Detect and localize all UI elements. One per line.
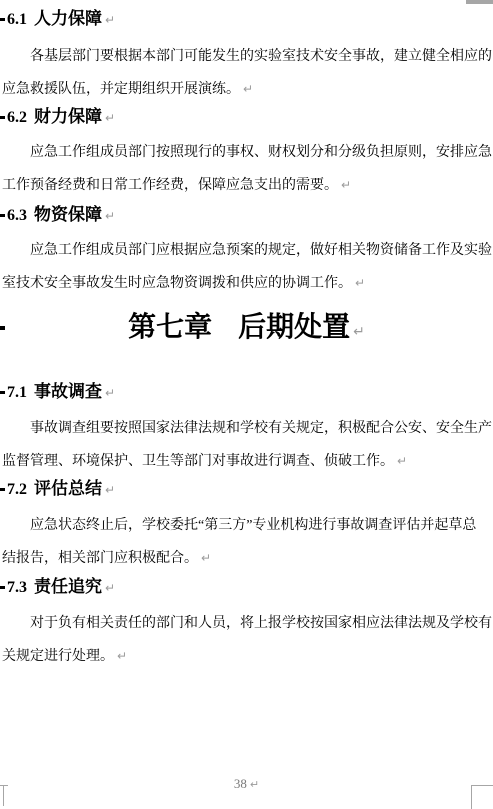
heading-7-3: 7.3责任追究↵ <box>0 577 493 597</box>
paragraph-line: 应急状态终止后，学校委托“第三方”专业机构进行事故调查评估并起草总 <box>0 509 493 542</box>
paragraph-line-text: 工作预备经费和日常工作经费，保障应急支出的需要。 <box>2 178 338 193</box>
scrollbar-fragment <box>466 0 493 4</box>
heading-title: 物资保障 <box>34 205 102 224</box>
paragraph-line: 应急工作组成员部门应根据应急预案的规定，做好相关物资储备工作及实验 <box>0 234 493 267</box>
outline-square-icon <box>0 391 5 394</box>
paragraph-7-1: 事故调查组要按照国家法律法规和学校有关规定，积极配合公安、安全生产 监督管理、环… <box>0 412 493 478</box>
paragraph-mark-icon: ↵ <box>397 454 407 468</box>
paragraph-6-1: 各基层部门要根据本部门可能发生的实验室技术安全事故，建立健全相应的 应急救援队伍… <box>0 40 493 106</box>
paragraph-7-3: 对于负有相关责任的部门和人员，将上报学校按国家相应法律法规及学校有 关规定进行处… <box>0 607 493 673</box>
paragraph-line: 应急工作组成员部门按照现行的事权、财权划分和分级负担原则，安排应急 <box>0 136 493 169</box>
heading-title: 评估总结 <box>34 479 102 498</box>
heading-title: 人力保障 <box>34 9 102 28</box>
heading-number: 6.3 <box>7 207 27 224</box>
paragraph-mark-icon: ↵ <box>201 551 211 565</box>
chapter-heading: 第七章后期处置↵ <box>0 310 493 350</box>
paragraph-line-text: 结报告，相关部门应积极配合。 <box>2 551 198 566</box>
outline-square-icon <box>0 116 5 119</box>
paragraph-line: 事故调查组要按照国家法律法规和学校有关规定，积极配合公安、安全生产 <box>0 412 493 445</box>
paragraph-line: 监督管理、环境保护、卫生等部门对事故进行调查、侦破工作。↵ <box>0 445 493 478</box>
paragraph-mark-icon: ↵ <box>250 778 259 791</box>
heading-6-3: 6.3物资保障↵ <box>0 205 493 225</box>
heading-6-1: 6.1人力保障↵ <box>0 9 493 29</box>
paragraph-6-3: 应急工作组成员部门应根据应急预案的规定，做好相关物资储备工作及实验 室技术安全事… <box>0 234 493 300</box>
outline-square-icon <box>0 18 5 21</box>
margin-corner-mark-bottom-right <box>471 785 472 809</box>
paragraph-mark-icon: ↵ <box>105 483 115 497</box>
heading-7-1: 7.1事故调查↵ <box>0 382 493 402</box>
chapter-number: 第七章 <box>128 312 212 343</box>
paragraph-line: 室技术安全事故发生时应急物资调拨和供应的协调工作。↵ <box>0 267 493 300</box>
paragraph-line: 各基层部门要根据本部门可能发生的实验室技术安全事故，建立健全相应的 <box>0 40 493 73</box>
margin-corner-mark-bottom-left <box>0 785 8 786</box>
paragraph-line: 对于负有相关责任的部门和人员，将上报学校按国家相应法律法规及学校有 <box>0 607 493 640</box>
paragraph-mark-icon: ↵ <box>105 13 115 27</box>
chapter-title: 后期处置 <box>238 312 350 343</box>
heading-title: 责任追究 <box>34 577 102 596</box>
paragraph-line-text: 应急救援队伍，并定期组织开展演练。 <box>2 82 240 97</box>
paragraph-line: 关规定进行处理。↵ <box>0 640 493 673</box>
heading-number: 7.3 <box>7 579 27 596</box>
paragraph-7-2: 应急状态终止后，学校委托“第三方”专业机构进行事故调查评估并起草总 结报告，相关… <box>0 509 493 575</box>
heading-title: 事故调查 <box>34 382 102 401</box>
paragraph-mark-icon: ↵ <box>117 649 127 663</box>
paragraph-mark-icon: ↵ <box>243 82 253 96</box>
heading-number: 7.2 <box>7 481 27 498</box>
paragraph-mark-icon: ↵ <box>105 111 115 125</box>
document-page: { "document": { "page_number": "38", "pa… <box>0 0 493 809</box>
paragraph-line-text: 关规定进行处理。 <box>2 649 114 664</box>
paragraph-line: 工作预备经费和日常工作经费，保障应急支出的需要。↵ <box>0 169 493 202</box>
heading-number: 6.1 <box>7 11 27 28</box>
paragraph-line-text: 室技术安全事故发生时应急物资调拨和供应的协调工作。 <box>2 276 352 291</box>
margin-corner-mark-bottom-left <box>3 785 4 806</box>
paragraph-mark-icon: ↵ <box>341 178 351 192</box>
heading-number: 7.1 <box>7 384 27 401</box>
paragraph-mark-icon: ↵ <box>355 276 365 290</box>
paragraph-line-text: 监督管理、环境保护、卫生等部门对事故进行调查、侦破工作。 <box>2 454 394 469</box>
heading-6-2: 6.2财力保障↵ <box>0 107 493 127</box>
paragraph-mark-icon: ↵ <box>105 581 115 595</box>
page-number-text: 38 <box>234 776 247 791</box>
heading-number: 6.2 <box>7 109 27 126</box>
margin-corner-mark-bottom-right <box>471 785 493 786</box>
paragraph-line: 结报告，相关部门应积极配合。↵ <box>0 542 493 575</box>
outline-square-icon <box>0 586 5 589</box>
heading-title: 财力保障 <box>34 107 102 126</box>
paragraph-line: 应急救援队伍，并定期组织开展演练。↵ <box>0 73 493 106</box>
heading-7-2: 7.2评估总结↵ <box>0 479 493 499</box>
paragraph-mark-icon: ↵ <box>105 209 115 223</box>
paragraph-mark-icon: ↵ <box>105 386 115 400</box>
outline-square-icon <box>0 488 5 491</box>
paragraph-6-2: 应急工作组成员部门按照现行的事权、财权划分和分级负担原则，安排应急 工作预备经费… <box>0 136 493 202</box>
page-number: 38↵ <box>0 776 493 793</box>
outline-square-icon <box>0 214 5 217</box>
paragraph-mark-icon: ↵ <box>353 324 365 340</box>
